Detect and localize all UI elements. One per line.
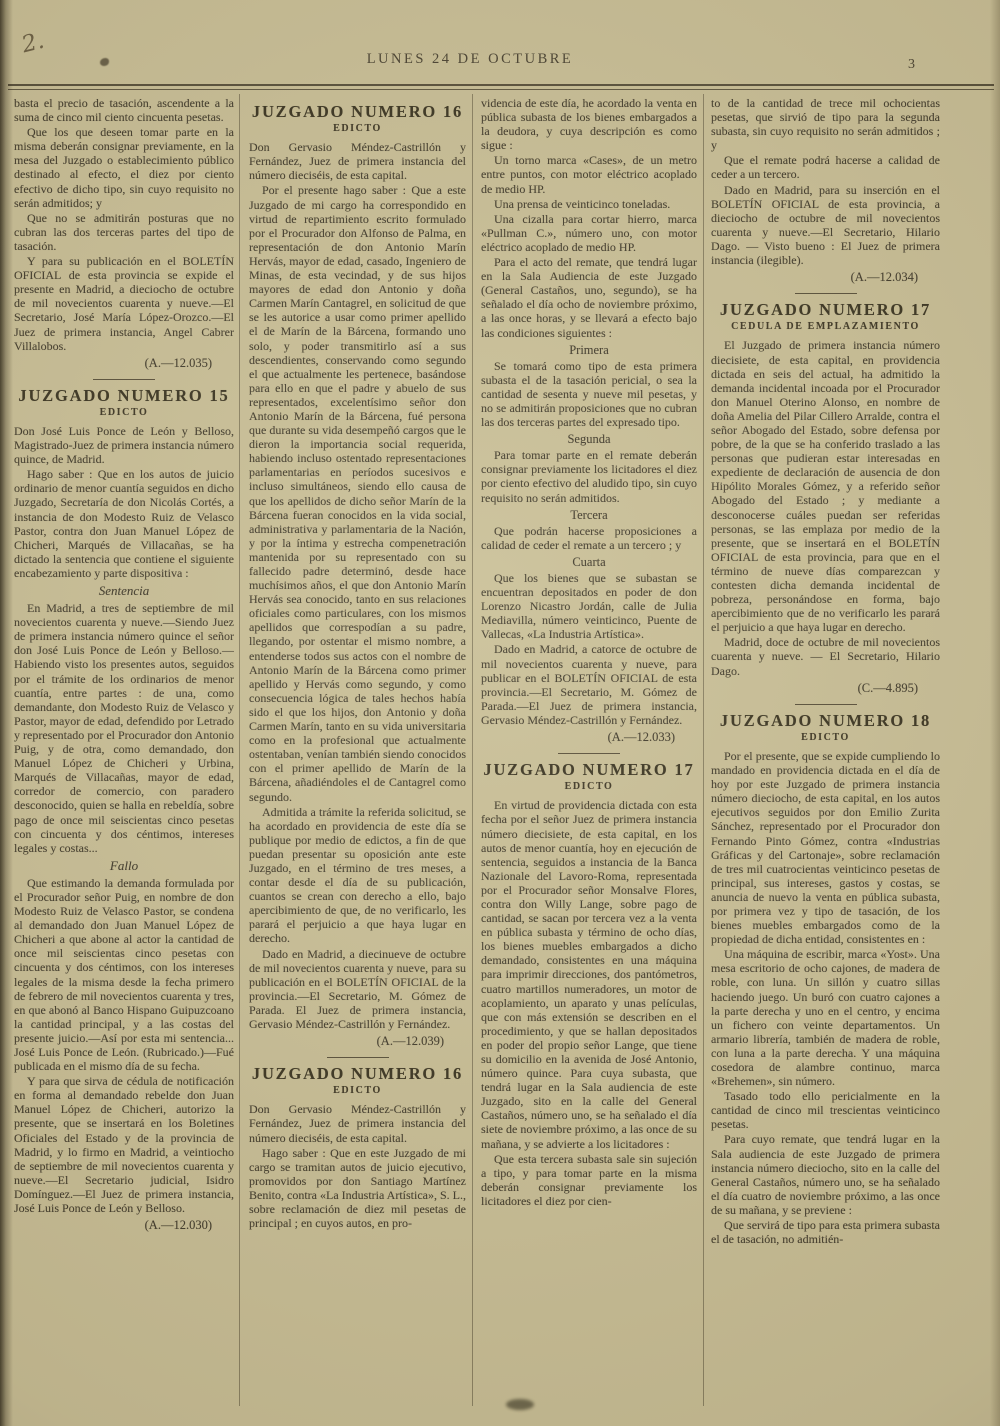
paragraph: Don Gervasio Méndez-Castrillón y Fernánd… [249, 1102, 466, 1144]
section-heading: JUZGADO NUMERO 17 [711, 303, 940, 317]
paragraph: Hago saber : Que en este Juzgado de mi c… [249, 1146, 466, 1231]
section-divider [795, 293, 857, 294]
paragraph: En Madrid, a tres de septiembre de mil n… [14, 601, 234, 855]
section-subheading: EDICTO [711, 731, 940, 745]
paragraph: Y para su publicación en el BOLETÍN OFIC… [14, 254, 234, 353]
paragraph: Una cizalla para cortar hierro, marca «P… [481, 212, 697, 254]
section-heading: JUZGADO NUMERO 15 [14, 389, 234, 403]
paragraph: Dado en Madrid, para su inserción en el … [711, 183, 940, 268]
ink-smudge [506, 1399, 534, 1410]
date-header: LUNES 24 DE OCTUBRE [0, 51, 940, 68]
section-heading: JUZGADO NUMERO 16 [249, 105, 466, 119]
gazette-page: { "page": { "date_header": "LUNES 24 DE … [0, 0, 1000, 1426]
clause-heading: Cuarta [481, 555, 697, 569]
column-divider [472, 94, 473, 1406]
paragraph: Que el remate podrá hacerse a calidad de… [711, 153, 940, 181]
paragraph: Don Gervasio Méndez-Castrillón y Fernánd… [249, 140, 466, 182]
column-3: videncia de este día, he acordado la ven… [481, 96, 697, 1418]
paragraph: Una máquina de escribir, marca «Yost». U… [711, 947, 940, 1088]
clause-heading: Fallo [14, 859, 234, 873]
paragraph: Que esta tercera subasta sale sin sujeci… [481, 1152, 697, 1208]
paragraph: El Juzgado de primera instancia número d… [711, 338, 940, 634]
section-subheading: EDICTO [14, 406, 234, 420]
paragraph: Por el presente, que se expide cumpliend… [711, 749, 940, 946]
page-right-edge-shadow [990, 0, 1000, 1426]
paragraph: Una prensa de veinticinco toneladas. [481, 197, 697, 211]
reference-number: (C.—4.895) [711, 681, 940, 695]
reference-number: (A.—12.035) [14, 356, 234, 370]
paragraph: Para el acto del remate, que tendrá luga… [481, 255, 697, 340]
column-divider [239, 94, 240, 1406]
paragraph: Y para que sirva de cédula de notificaci… [14, 1074, 234, 1215]
column-2: JUZGADO NUMERO 16EDICTODon Gervasio Ménd… [249, 96, 466, 1418]
reference-number: (A.—12.039) [249, 1034, 466, 1048]
paragraph: basta el precio de tasación, ascendente … [14, 96, 234, 124]
paragraph: Dado en Madrid, a diecinueve de octubre … [249, 947, 466, 1032]
paragraph: Madrid, doce de octubre de mil novecient… [711, 635, 940, 677]
column-divider [703, 94, 704, 1406]
section-heading: JUZGADO NUMERO 16 [249, 1067, 466, 1081]
paragraph: Que los bienes que se subastan se encuen… [481, 571, 697, 641]
paragraph: Que no se admitirán posturas que no cubr… [14, 211, 234, 253]
section-subheading: EDICTO [249, 122, 466, 136]
reference-number: (A.—12.030) [14, 1218, 234, 1232]
paragraph: videncia de este día, he acordado la ven… [481, 96, 697, 152]
paragraph: En virtud de providencia dictada con est… [481, 798, 697, 1150]
section-divider [93, 379, 155, 380]
paragraph: Don José Luis Ponce de León y Belloso, M… [14, 424, 234, 466]
reference-number: (A.—12.034) [711, 270, 940, 284]
section-divider [795, 704, 857, 705]
clause-heading: Primera [481, 343, 697, 357]
paragraph: Un torno marca «Cases», de un metro entr… [481, 153, 697, 195]
column-4: to de la cantidad de trece mil ochocient… [711, 96, 940, 1418]
section-heading: JUZGADO NUMERO 17 [481, 763, 697, 777]
paragraph: Que podrán hacerse proposiciones a calid… [481, 524, 697, 552]
section-subheading: EDICTO [249, 1084, 466, 1098]
paragraph: Que estimando la demanda formulada por e… [14, 876, 234, 1073]
paragraph: Para cuyo remate, que tendrá lugar en la… [711, 1132, 940, 1217]
paragraph: Tasado todo ello pericialmente en la can… [711, 1089, 940, 1131]
section-subheading: CEDULA DE EMPLAZAMIENTO [711, 320, 940, 334]
section-subheading: EDICTO [481, 780, 697, 794]
paragraph: Admitida a trámite la referida solicitud… [249, 805, 466, 946]
clause-heading: Sentencia [14, 584, 234, 598]
section-divider [327, 1057, 389, 1058]
section-heading: JUZGADO NUMERO 18 [711, 714, 940, 728]
paragraph: Que servirá de tipo para esta primera su… [711, 1218, 940, 1246]
header-double-rule [8, 84, 994, 90]
paragraph: Que los que deseen tomar parte en la mis… [14, 125, 234, 210]
clause-heading: Tercera [481, 508, 697, 522]
paragraph: Para tomar parte en el remate deberán co… [481, 448, 697, 504]
page-left-edge-shadow [0, 0, 13, 1426]
paragraph: Dado en Madrid, a catorce de octubre de … [481, 642, 697, 727]
page-number: 3 [908, 57, 915, 73]
column-1: basta el precio de tasación, ascendente … [14, 96, 234, 1418]
reference-number: (A.—12.033) [481, 730, 697, 744]
section-divider [558, 753, 620, 754]
clause-heading: Segunda [481, 432, 697, 446]
paragraph: Hago saber : Que en los autos de juicio … [14, 467, 234, 580]
paragraph: to de la cantidad de trece mil ochocient… [711, 96, 940, 152]
paragraph: Por el presente hago saber : Que a este … [249, 183, 466, 803]
paragraph: Se tomará como tipo de esta primera suba… [481, 359, 697, 429]
